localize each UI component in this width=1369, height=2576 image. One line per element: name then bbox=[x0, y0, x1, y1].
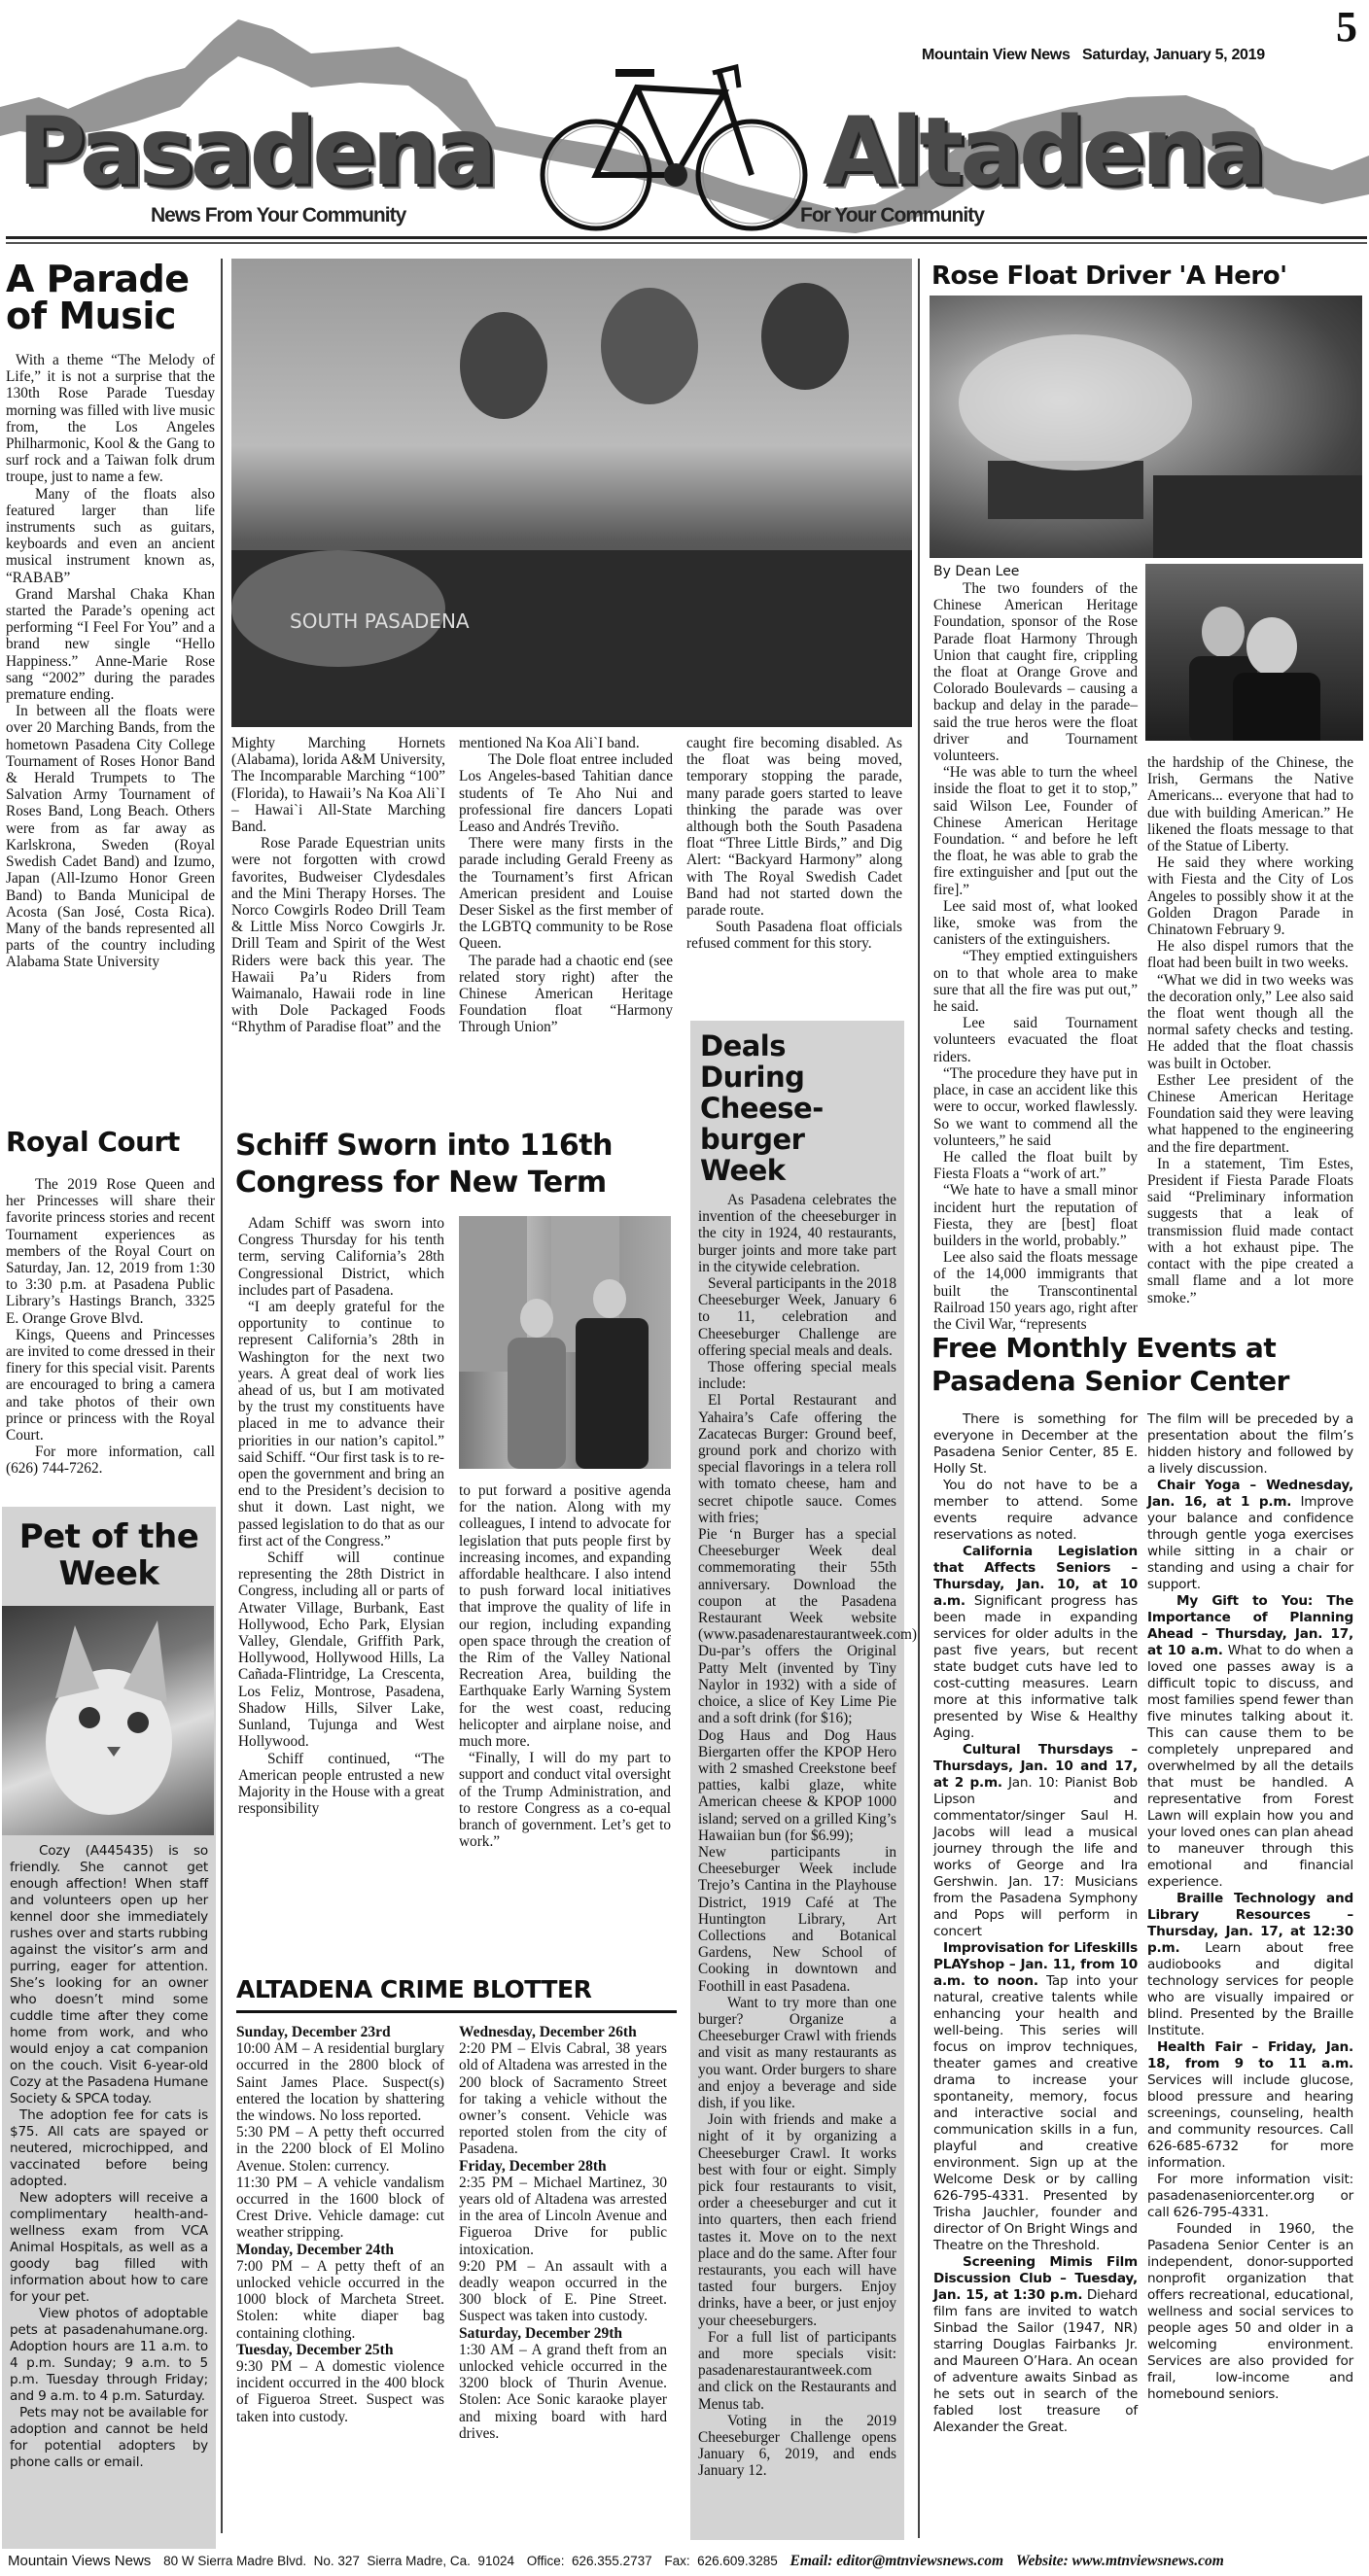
headline-royal-court: Royal Court bbox=[6, 1128, 215, 1157]
paragraph: He said they where working with Fiesta a… bbox=[1147, 854, 1353, 938]
article-float-driver: Rose Float Driver 'A Hero' bbox=[931, 261, 1359, 292]
paragraph: Schiff continued, “The American people e… bbox=[238, 1751, 444, 1818]
pet-of-the-week-box: Pet of the Week Cozy (A445435) is so fri… bbox=[2, 1507, 216, 2549]
cat-face-icon bbox=[2, 1606, 214, 1835]
event-title: Health Fair – Friday, Jan. 18, from 9 to… bbox=[1147, 2039, 1353, 2071]
footer-address: 80 W Sierra Madre Blvd. No. 327 Sierra M… bbox=[163, 2554, 514, 2568]
article-schiff: Schiff Sworn into 116th Congress for New… bbox=[235, 1128, 683, 1201]
paragraph: Esther Lee president of the Chinese Amer… bbox=[1147, 1072, 1353, 1156]
event-item: Cultural Thursdays – Thursdays, Jan. 10 … bbox=[933, 1742, 1138, 1940]
paragraph: “He was able to turn the wheel inside th… bbox=[933, 764, 1138, 898]
crime-entry: 2:20 PM – Elvis Cabral, 38 years old of … bbox=[459, 2040, 667, 2157]
tagline-left: News From Your Community bbox=[151, 204, 405, 227]
paragraph: Dog Haus and Dog Haus Biergarten offer t… bbox=[698, 1727, 896, 1844]
footer-paper-name: Mountain Views News bbox=[8, 2553, 151, 2569]
schiff-col2: to put forward a positive agenda for the… bbox=[459, 1482, 671, 1850]
footer-office-phone: Office: 626.355.2737 bbox=[527, 2554, 652, 2568]
schiff-col1: Adam Schiff was sworn into Congress Thur… bbox=[238, 1215, 444, 1817]
crime-day-heading: Sunday, December 23rd bbox=[236, 2024, 444, 2040]
paragraph: He also dispel rumors that the float had… bbox=[1147, 938, 1353, 971]
paragraph: caught fire becoming disabled. As the fl… bbox=[686, 735, 902, 919]
event-item: My Gift to You: The Importance of Planni… bbox=[1147, 1593, 1353, 1891]
crime-day-heading: Saturday, December 29th bbox=[459, 2325, 667, 2342]
event-item: Improvisation for Lifeskills PLAYshop – … bbox=[933, 1940, 1138, 2254]
crime-day-heading: Tuesday, December 25th bbox=[236, 2342, 444, 2358]
paragraph: For more information, call (626) 744-726… bbox=[6, 1444, 215, 1477]
paragraph: “What we did in two weeks was the decora… bbox=[1147, 972, 1353, 1072]
paragraph: For a full list of participants and more… bbox=[698, 2329, 896, 2413]
event-item: The film will be preceded by a presentat… bbox=[1147, 1411, 1353, 1478]
logo-altadena: Altadena bbox=[823, 105, 1263, 198]
paragraph: Join with friends and make a night of it… bbox=[698, 2111, 896, 2329]
paragraph: There were many firsts in the parade inc… bbox=[459, 835, 673, 952]
paragraph: The 2019 Rose Queen and her Princesses w… bbox=[6, 1176, 215, 1327]
paragraph: Want to try more than one burger? Organi… bbox=[698, 1995, 896, 2111]
headline-schiff: Schiff Sworn into 116th Congress for New… bbox=[235, 1128, 683, 1201]
float-driver-col2: the hardship of the Chinese, the Irish, … bbox=[1147, 754, 1353, 1306]
float-driver-col1: The two founders of the Chinese American… bbox=[933, 580, 1138, 1333]
header-rule bbox=[236, 2010, 677, 2013]
crime-entry: 9:30 PM – A domestic violence incident o… bbox=[236, 2358, 444, 2425]
cat-photo bbox=[2, 1606, 214, 1835]
paragraph: The parade had a chaotic end (see relate… bbox=[459, 953, 673, 1036]
crime-entry: 1:30 AM – A grand theft from an unlocked… bbox=[459, 2342, 667, 2442]
paragraph: Grand Marshal Chaka Khan started the Par… bbox=[6, 586, 215, 703]
paragraph: Lee said Tournament volunteers evacuated… bbox=[933, 1015, 1138, 1065]
float-fire-photo bbox=[930, 296, 1362, 558]
cheeseburger-week-box: Deals During Cheese-burger Week As Pasad… bbox=[690, 1021, 904, 2540]
dateline: Mountain View News Saturday, January 5, … bbox=[922, 47, 1265, 64]
event-item: For more information visit: pasadenaseni… bbox=[1147, 2172, 1353, 2221]
parade-music-col4: caught fire becoming disabled. As the fl… bbox=[686, 735, 902, 953]
paragraph: Kings, Queens and Princesses are invited… bbox=[6, 1327, 215, 1444]
footer: Mountain Views News 80 W Sierra Madre Bl… bbox=[0, 2547, 1369, 2576]
crime-day-heading: Wednesday, December 26th bbox=[459, 2024, 667, 2040]
paragraph: Several participants in the 2018 Cheeseb… bbox=[698, 1275, 896, 1359]
crime-entry: 10:00 AM – A residential burglary occurr… bbox=[236, 2040, 444, 2124]
article-royal-court: Royal Court The 2019 Rose Queen and her … bbox=[6, 1128, 215, 1478]
tagline-right: For Your Community bbox=[800, 204, 984, 227]
paragraph: Mighty Marching Hornets (Alabama), lorid… bbox=[231, 735, 445, 835]
paragraph: “I am deeply grateful for the opportunit… bbox=[238, 1299, 444, 1549]
float-birds-graphic: SOUTH PASADENA bbox=[231, 259, 912, 727]
event-item: Braille Technology and Library Resources… bbox=[1147, 1891, 1353, 2039]
paragraph: He called the float built by Fiesta Floa… bbox=[933, 1149, 1138, 1182]
paragraph: Du-par’s offers the Original Patty Melt … bbox=[698, 1643, 896, 1726]
paragraph: New participants in Cheeseburger Week in… bbox=[698, 1844, 896, 1995]
paragraph: Cozy (A445435) is so friendly. She canno… bbox=[10, 1843, 208, 2107]
footer-email-link[interactable]: Email: editor@mtnviewsnews.com bbox=[790, 2553, 1003, 2569]
paragraph: The adoption fee for cats is $75. All ca… bbox=[10, 2107, 208, 2190]
headline-cheeseburger: Deals During Cheese-burger Week bbox=[690, 1021, 904, 1186]
schiff-swearing-in-photo bbox=[459, 1216, 671, 1469]
paragraph: mentioned Na Koa Ali`I band. bbox=[459, 735, 673, 751]
byline: By Dean Lee bbox=[933, 564, 1138, 579]
paragraph: Those offering special meals include: bbox=[698, 1359, 896, 1392]
crime-col2: Wednesday, December 26th 2:20 PM – Elvis… bbox=[459, 2024, 667, 2442]
article-parade-of-music-lead: A Parade of Music With a theme “The Melo… bbox=[6, 261, 215, 971]
paragraph: Lee said most of, what looked like, smok… bbox=[933, 898, 1138, 949]
event-item: Screening Mimis Film Discussion Club – T… bbox=[933, 2254, 1138, 2436]
crime-day-heading: Monday, December 24th bbox=[236, 2242, 444, 2258]
paragraph: The two founders of the Chinese American… bbox=[933, 580, 1138, 764]
people-flags-graphic bbox=[459, 1216, 671, 1469]
crime-entry: 11:30 PM – A vehicle vandalism occurred … bbox=[236, 2175, 444, 2242]
paragraph: Schiff will continue representing the 28… bbox=[238, 1549, 444, 1750]
event-item: California Legislation that Affects Seni… bbox=[933, 1544, 1138, 1742]
page-number: 5 bbox=[1336, 2, 1357, 52]
paragraph: In between all the floats were over 20 M… bbox=[6, 703, 215, 970]
event-item: There is something for everyone in Decem… bbox=[933, 1411, 1138, 1478]
senior-center-col2: The film will be preceded by a presentat… bbox=[1147, 1411, 1353, 2403]
paragraph: Voting in the 2019 Cheeseburger Challeng… bbox=[698, 2413, 896, 2480]
paragraph: In a statement, Tim Estes, President if … bbox=[1147, 1156, 1353, 1306]
headline-pet-of-week: Pet of the Week bbox=[2, 1518, 216, 1592]
crime-entry: 9:20 PM – An assault with a deadly weapo… bbox=[459, 2258, 667, 2325]
paragraph: to put forward a positive agenda for the… bbox=[459, 1482, 671, 1750]
headline-crime-blotter: ALTADENA CRIME BLOTTER bbox=[236, 1975, 684, 2004]
float-sign-text: SOUTH PASADENA bbox=[290, 609, 470, 633]
paragraph: Many of the floats also featured larger … bbox=[6, 486, 215, 586]
parade-music-col2: Mighty Marching Hornets (Alabama), lorid… bbox=[231, 735, 445, 1036]
event-item: Chair Yoga – Wednesday, Jan. 16, at 1 p.… bbox=[1147, 1478, 1353, 1593]
paragraph: View photos of adoptable pets at pasaden… bbox=[10, 2306, 208, 2405]
headline-senior-center: Free Monthly Events at Pasadena Senior C… bbox=[931, 1332, 1359, 1398]
paragraph: Pie ‘n Burger has a special Cheeseburger… bbox=[698, 1526, 896, 1643]
crime-col1: Sunday, December 23rd 10:00 AM – A resid… bbox=[236, 2024, 444, 2425]
crime-entry: 7:00 PM – A petty theft of an unlocked v… bbox=[236, 2258, 444, 2342]
paragraph: “Finally, I will do my part to support a… bbox=[459, 1750, 671, 1850]
column-divider bbox=[918, 259, 920, 2538]
crime-day-heading: Friday, December 28th bbox=[459, 2158, 667, 2175]
paragraph: the hardship of the Chinese, the Irish, … bbox=[1147, 754, 1353, 854]
parade-music-col3: mentioned Na Koa Ali`I band. The Dole fl… bbox=[459, 735, 673, 1036]
paragraph: Adam Schiff was sworn into Congress Thur… bbox=[238, 1215, 444, 1299]
footer-fax: Fax: 626.609.3285 bbox=[664, 2554, 777, 2568]
senior-center-col1: There is something for everyone in Decem… bbox=[933, 1411, 1138, 2436]
crime-blotter-header: ALTADENA CRIME BLOTTER bbox=[236, 1975, 684, 2013]
paragraph: “They emptied extinguishers on to that w… bbox=[933, 948, 1138, 1015]
logo-pasadena: Pasadena bbox=[18, 105, 493, 198]
founders-photo bbox=[1145, 564, 1363, 741]
bicycle-icon bbox=[530, 53, 822, 233]
paragraph: “The procedure they have put in place, i… bbox=[933, 1065, 1138, 1149]
headline-parade-of-music: A Parade of Music bbox=[6, 261, 215, 334]
paragraph: El Portal Restaurant and Yahaira’s Cafe … bbox=[698, 1392, 896, 1526]
paragraph: New adopters will receive a complimentar… bbox=[10, 2190, 208, 2306]
paragraph: As Pasadena celebrates the invention of … bbox=[698, 1192, 896, 1275]
parade-float-photo: SOUTH PASADENA bbox=[231, 259, 912, 727]
paragraph: Lee also said the floats message of the … bbox=[933, 1249, 1138, 1333]
column-divider bbox=[221, 259, 223, 2533]
crime-entry: 5:30 PM – A petty theft occurred in the … bbox=[236, 2124, 444, 2175]
crime-entry: 2:35 PM – Michael Martinez, 30 years old… bbox=[459, 2175, 667, 2258]
headline-float-driver: Rose Float Driver 'A Hero' bbox=[931, 261, 1359, 292]
paragraph: Rose Parade Equestrian units were not fo… bbox=[231, 835, 445, 1035]
paragraph: Pets may not be available for adoption a… bbox=[10, 2405, 208, 2471]
paragraph: The Dole float entree included Los Angel… bbox=[459, 751, 673, 835]
paragraph: With a theme “The Melody of Life,” it is… bbox=[6, 352, 215, 486]
masthead: 5 Mountain View News Saturday, January 5… bbox=[0, 0, 1369, 248]
two-people-graphic bbox=[1145, 564, 1363, 741]
paragraph: South Pasadena float officials refused c… bbox=[686, 919, 902, 952]
article-senior-center: Free Monthly Events at Pasadena Senior C… bbox=[931, 1332, 1359, 1398]
paragraph: “We hate to have a small minor incident … bbox=[933, 1182, 1138, 1249]
footer-website-link[interactable]: Website: www.mtnviewsnews.com bbox=[1016, 2553, 1224, 2569]
event-item: Founded in 1960, the Pasadena Senior Cen… bbox=[1147, 2221, 1353, 2403]
masthead-divider bbox=[6, 236, 1367, 244]
event-item: You do not have to be a member to attend… bbox=[933, 1478, 1138, 1544]
smoke-firetruck-graphic bbox=[930, 296, 1362, 558]
event-item: Health Fair – Friday, Jan. 18, from 9 to… bbox=[1147, 2039, 1353, 2172]
